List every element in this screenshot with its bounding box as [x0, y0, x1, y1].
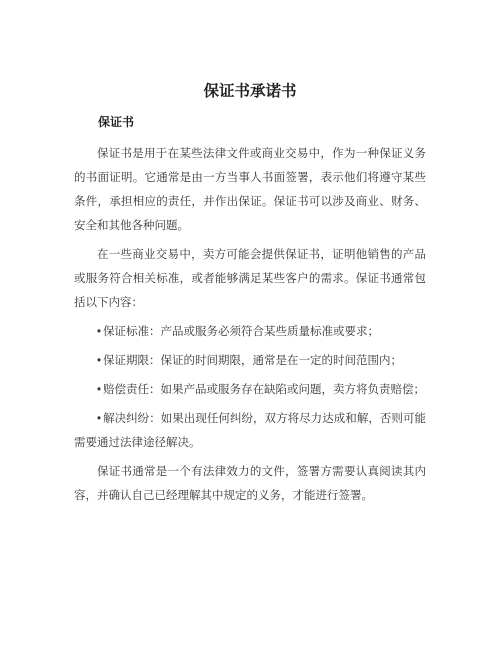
- bullet-dot-icon: •: [97, 326, 101, 338]
- bullet-item-compensation-text: 赔偿责任：如果产品或服务存在缺陷或问题，卖方将负责赔偿；: [103, 384, 425, 396]
- bullet-item-dispute-text: 解决纠纷：如果出现任何纠纷，双方将尽力达成和解，否则可能需要通过法律途径解决。: [74, 413, 426, 449]
- bullet-item-compensation: •赔偿责任：如果产品或服务存在缺陷或问题，卖方将负责赔偿；: [74, 378, 426, 402]
- bullet-item-duration: •保证期限：保证的时间期限，通常是在一定的时间范围内；: [74, 349, 426, 373]
- bullet-dot-icon: •: [97, 384, 101, 396]
- paragraph-contents-lead: 在一些商业交易中，卖方可能会提供保证书，证明他销售的产品或服务符合相关标准，或者…: [74, 243, 426, 315]
- bullet-item-standard: •保证标准：产品或服务必须符合某些质量标准或要求；: [74, 320, 426, 344]
- document-title: 保证书承诺书: [74, 80, 426, 104]
- bullet-item-standard-text: 保证标准：产品或服务必须符合某些质量标准或要求；: [103, 326, 379, 338]
- bullet-dot-icon: •: [97, 355, 101, 367]
- bullet-item-duration-text: 保证期限：保证的时间期限，通常是在一定的时间范围内；: [103, 355, 402, 367]
- paragraph-intro: 保证书是用于在某些法律文件或商业交易中，作为一种保证义务的书面证明。它通常是由一…: [74, 142, 426, 238]
- paragraph-closing: 保证书通常是一个有法律效力的文件，签署方需要认真阅读其内容，并确认自己已经理解其…: [74, 460, 426, 508]
- bullet-item-dispute: •解决纠纷：如果出现任何纠纷，双方将尽力达成和解，否则可能需要通过法律途径解决。: [74, 407, 426, 455]
- bullet-dot-icon: •: [97, 413, 101, 425]
- document-page: 保证书承诺书 保证书 保证书是用于在某些法律文件或商业交易中，作为一种保证义务的…: [0, 0, 500, 647]
- section-heading: 保证书: [74, 110, 426, 134]
